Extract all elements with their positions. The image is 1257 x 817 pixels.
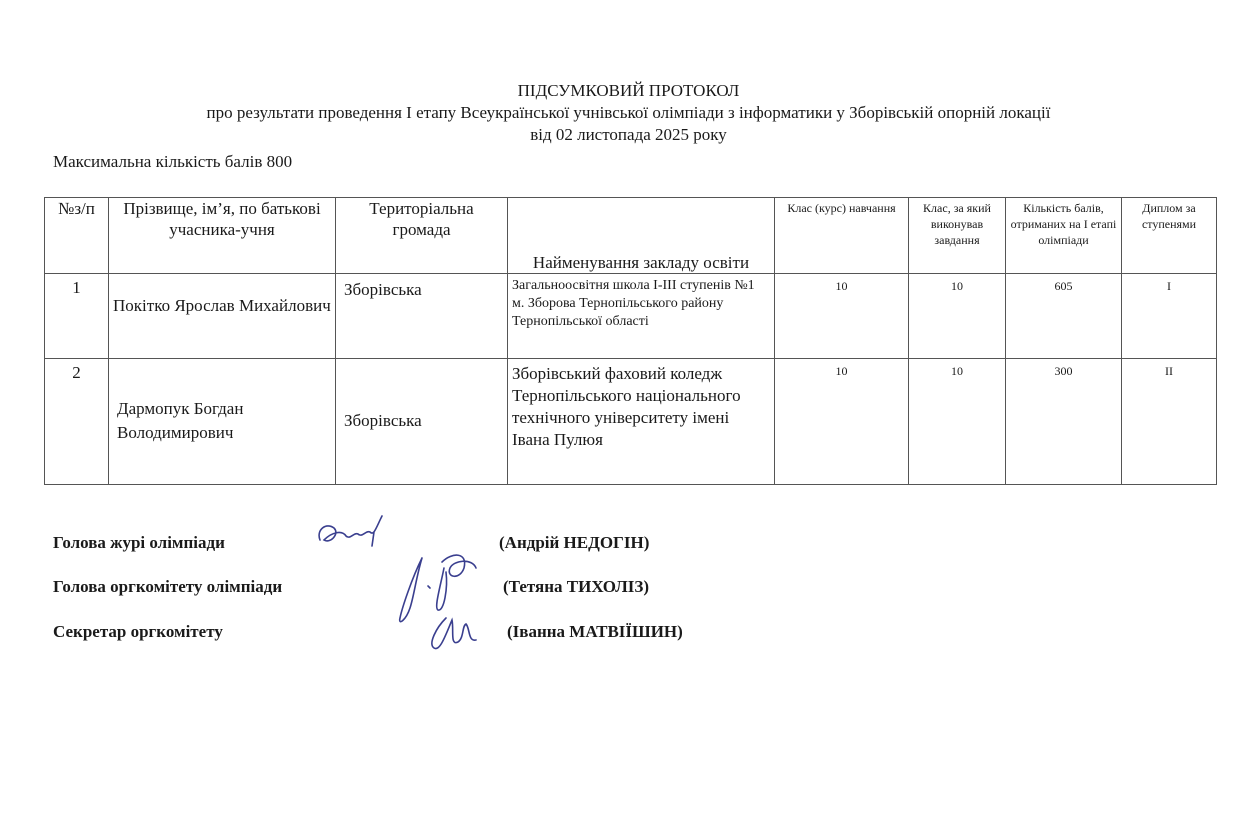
header-number: №з/п [45,198,109,274]
signature-person: (Андрій НЕДОГІН) [499,533,649,553]
max-score-line: Максимальна кількість балів 800 [53,152,292,172]
document-subtitle: про результати проведення І етапу Всеукр… [0,102,1257,124]
cell-number: 2 [45,359,109,485]
document-title: ПІДСУМКОВИЙ ПРОТОКОЛ [0,80,1257,102]
cell-diploma: II [1122,359,1217,485]
cell-name: Дармопук Богдан Володимирович [109,359,336,485]
header-grade: Клас (курс) навчання [775,198,909,274]
cell-grade-task: 10 [909,359,1006,485]
header-community: Територіальна громада [336,198,508,274]
cell-community: Зборівська [336,274,508,359]
signature-person: (Тетяна ТИХОЛІЗ) [503,577,649,597]
cell-community: Зборівська [336,359,508,485]
cell-number: 1 [45,274,109,359]
header-grade-task: Клас, за який виконував завдання [909,198,1006,274]
cell-diploma: I [1122,274,1217,359]
results-table: №з/п Прізвище, ім’я, по батькові учасник… [44,197,1217,485]
header-diploma: Диплом за ступенями [1122,198,1217,274]
cell-institution: Загальноосвітня школа І-ІІІ ступенів №1 … [508,274,775,359]
table-row: 1 Покітко Ярослав Михайлович Зборівська … [45,274,1217,359]
cell-score: 605 [1006,274,1122,359]
cell-grade: 10 [775,359,909,485]
signature-role: Голова журі олімпіади [53,533,225,553]
document-date: від 02 листопада 2025 року [0,124,1257,146]
cell-score: 300 [1006,359,1122,485]
handwritten-signature-icon [392,548,487,658]
table-row: 2 Дармопук Богдан Володимирович Зборівсь… [45,359,1217,485]
signature-role: Секретар оргкомітету [53,622,223,642]
header-name: Прізвище, ім’я, по батькові учасника-учн… [109,198,336,274]
cell-name: Покітко Ярослав Михайлович [109,274,336,359]
document-header: ПІДСУМКОВИЙ ПРОТОКОЛ про результати пров… [0,80,1257,146]
header-score: Кількість балів, отриманих на І етапі ол… [1006,198,1122,274]
cell-grade: 10 [775,274,909,359]
header-institution: Найменування закладу освіти [508,198,775,274]
handwritten-signature-icon [312,510,392,555]
cell-grade-task: 10 [909,274,1006,359]
table-header-row: №з/п Прізвище, ім’я, по батькові учасник… [45,198,1217,274]
signature-person: (Іванна МАТВІЇШИН) [507,622,683,642]
cell-institution: Зборівський фаховий коледж Тернопільсько… [508,359,775,485]
signature-role: Голова оргкомітету олімпіади [53,577,282,597]
